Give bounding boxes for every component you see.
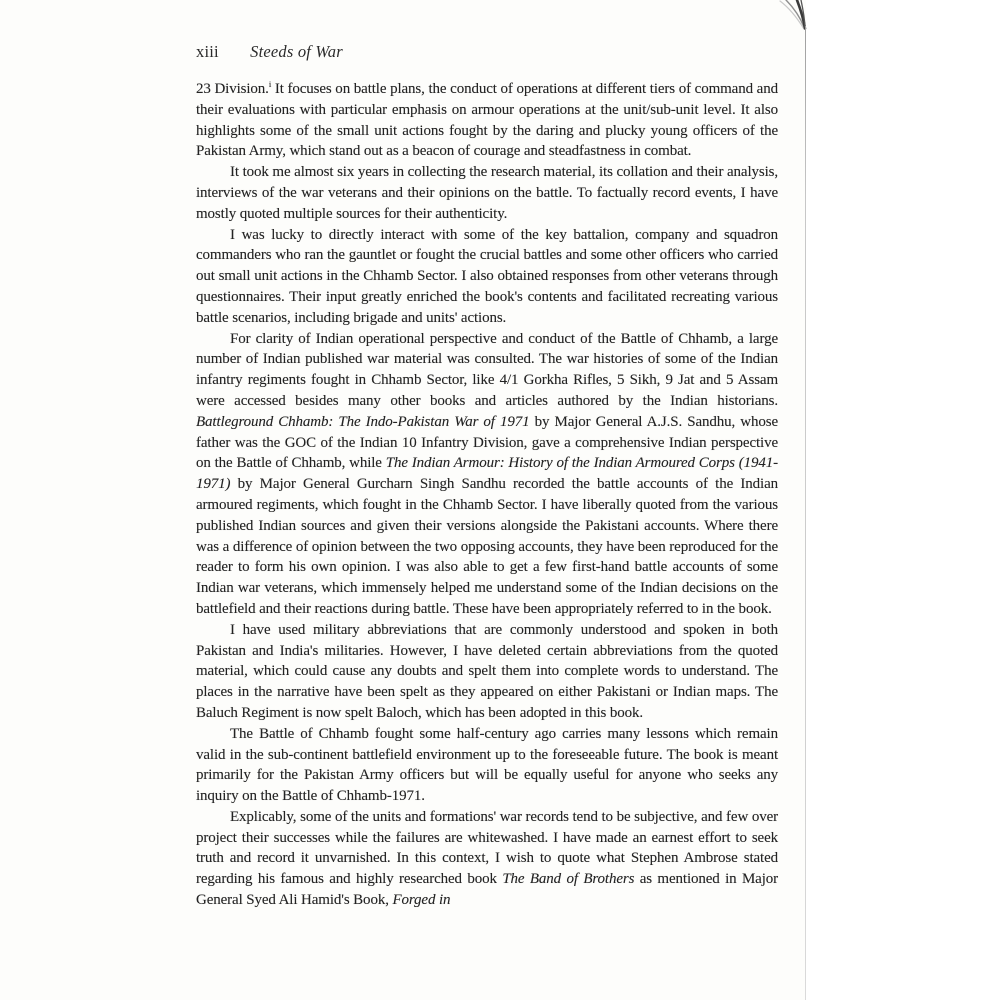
text-body: 23 Division.i It focuses on battle plans… [196, 79, 778, 911]
paragraph: 23 Division.i It focuses on battle plans… [196, 79, 778, 162]
page-header: xiii Steeds of War [196, 42, 778, 62]
text-segment: Forged in [392, 892, 450, 908]
paragraph: The Battle of Chhamb fought some half-ce… [196, 724, 778, 807]
scanned-book-page: xiii Steeds of War 23 Division.i It focu… [0, 0, 1000, 1000]
text-segment: 23 Division. [196, 81, 269, 97]
paragraph: I have used military abbreviations that … [196, 620, 778, 724]
page-edge-line [805, 26, 806, 1000]
text-segment: It focuses on battle plans, the conduct … [196, 81, 778, 159]
running-title: Steeds of War [250, 42, 343, 62]
text-segment: I have used military abbreviations that … [196, 622, 778, 721]
paragraph: I was lucky to directly interact with so… [196, 225, 778, 329]
text-segment: The Battle of Chhamb fought some half-ce… [196, 726, 778, 804]
paragraph: Explicably, some of the units and format… [196, 807, 778, 911]
text-segment: I was lucky to directly interact with so… [196, 227, 778, 326]
text-segment: For clarity of Indian operational perspe… [196, 331, 778, 409]
paragraph: For clarity of Indian operational perspe… [196, 329, 778, 620]
text-segment: It took me almost six years in collectin… [196, 164, 778, 222]
scan-background [806, 0, 1000, 1000]
paragraph: It took me almost six years in collectin… [196, 162, 778, 224]
page-number: xiii [196, 42, 219, 62]
text-segment: The Band of Brothers [502, 871, 634, 887]
text-segment: by Major General Gurcharn Singh Sandhu r… [196, 476, 778, 617]
text-segment: Battleground Chhamb: The Indo-Pakistan W… [196, 414, 529, 430]
